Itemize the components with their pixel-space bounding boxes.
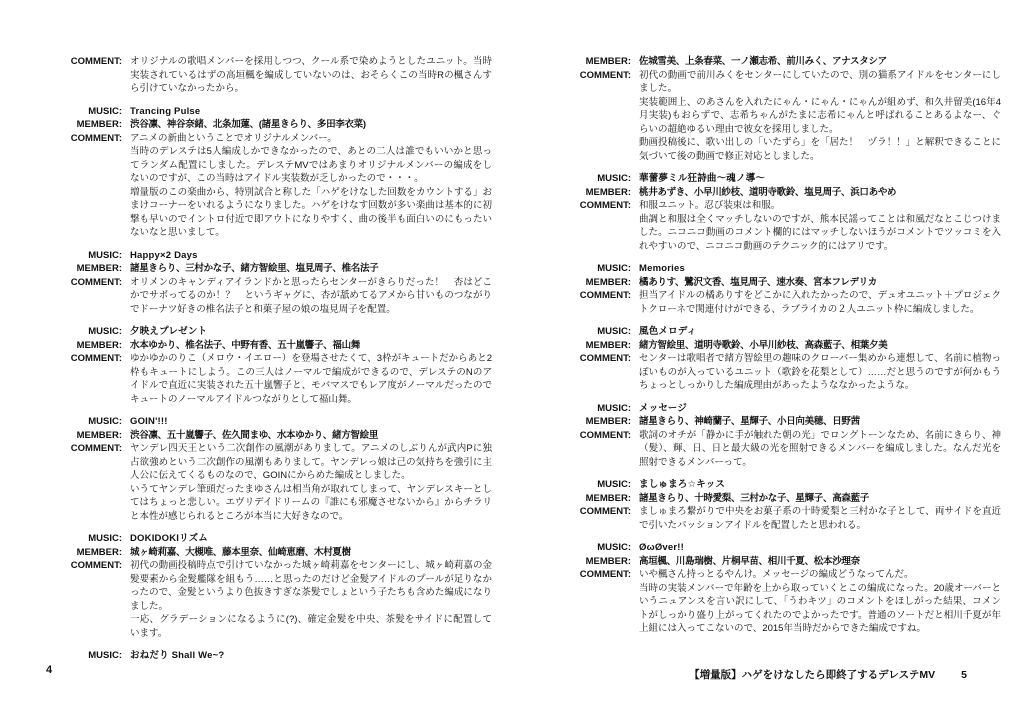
comment-paragraph: 担当アイドルの橘ありすをどこかに入れたかったので、デュオユニット＋プロジェクトク… bbox=[639, 289, 1001, 316]
member-names: 渋谷凛、五十嵐響子、佐久間まゆ、水本ゆかり、緒方智絵里 bbox=[130, 429, 492, 443]
music-section: MUSIC: ましゅまろ☆キッス MEMBER: 諸星きらり、十時愛梨、三村かな… bbox=[553, 478, 1001, 532]
music-label: MUSIC: bbox=[553, 402, 631, 416]
page-number-left: 4 bbox=[46, 664, 52, 676]
music-label: MUSIC: bbox=[553, 325, 631, 339]
comment-label: COMMENT: bbox=[44, 276, 122, 290]
comment-label: COMMENT: bbox=[553, 352, 631, 366]
member-row: MEMBER: 佐城雪美、上条春菜、一ノ瀬志希、前川みく、アナスタシア bbox=[553, 55, 1001, 69]
comment-paragraph: いうてヤンデレ筆頭だったまゆさんは相当角が取れてしまって、ヤンデレスキーとしては… bbox=[130, 483, 492, 524]
music-title: 夕映えプレゼント bbox=[130, 325, 492, 339]
member-row: MEMBER: 諸星きらり、三村かな子、緒方智絵里、塩見周子、椎名法子 bbox=[44, 262, 492, 276]
comment-label: COMMENT: bbox=[44, 559, 122, 573]
music-section: MUSIC: Happy×2 Days MEMBER: 諸星きらり、三村かな子、… bbox=[44, 249, 492, 317]
comment-paragraph: ゆかゆかのりこ（メロウ・イエロー）を登場させたくて、3枠がキュートだからあと2枠… bbox=[130, 352, 492, 406]
comment-paragraph: 歌詞のオチが「静かに手が触れた朝の光」でロングトーンなため、名前にきらり、神（髪… bbox=[639, 429, 1001, 470]
music-section: MUSIC: GOIN'!!! MEMBER: 渋谷凛、五十嵐響子、佐久間まゆ、… bbox=[44, 415, 492, 523]
music-row: MUSIC: Happy×2 Days bbox=[44, 249, 492, 263]
member-row: MEMBER: 諸星きらり、神崎蘭子、星輝子、小日向美穂、日野茜 bbox=[553, 415, 1001, 429]
music-label: MUSIC: bbox=[44, 532, 122, 546]
music-row: MUSIC: 風色メロディ bbox=[553, 325, 1001, 339]
comment-text: 担当アイドルの橘ありすをどこかに入れたかったので、デュオユニット＋プロジェクトク… bbox=[639, 289, 1001, 316]
music-label: MUSIC: bbox=[553, 262, 631, 276]
music-title: 華蕾夢ミル狂詩曲～魂ノ導～ bbox=[639, 172, 1001, 186]
member-names: 水本ゆかり、椎名法子、中野有香、五十嵐響子、福山舞 bbox=[130, 339, 492, 353]
comment-row: COMMENT: いや楓さん持っとるやんけ。メッセージの編成どうなってんだ。 当… bbox=[553, 568, 1001, 636]
comment-paragraph: ヤンデレ四天王という二次創作の風潮がありまして。アニメのしぶりんが武内Pに独占欲… bbox=[130, 442, 492, 483]
comment-row: COMMENT: 担当アイドルの橘ありすをどこかに入れたかったので、デュオユニッ… bbox=[553, 289, 1001, 316]
member-row: MEMBER: 緒方智絵里、道明寺歌鈴、小早川紗枝、高森藍子、相葉夕美 bbox=[553, 339, 1001, 353]
member-names: 橘ありす、鷺沢文香、塩見周子、速水奏、宮本フレデリカ bbox=[639, 276, 1001, 290]
member-label: MEMBER: bbox=[553, 339, 631, 353]
comment-paragraph: いや楓さん持っとるやんけ。メッセージの編成どうなってんだ。 bbox=[639, 568, 1001, 582]
music-row: MUSIC: メッセージ bbox=[553, 402, 1001, 416]
music-section: MUSIC: 華蕾夢ミル狂詩曲～魂ノ導～ MEMBER: 桃井あずき、小早川紗枝… bbox=[553, 172, 1001, 253]
comment-text: 歌詞のオチが「静かに手が触れた朝の光」でロングトーンなため、名前にきらり、神（髪… bbox=[639, 429, 1001, 470]
member-label: MEMBER: bbox=[553, 55, 631, 69]
comment-paragraph: 曲調と和服は全くマッチしないのですが、熊本民謡ってことは和風だなとこじつけました… bbox=[639, 213, 1001, 254]
member-names: 緒方智絵里、道明寺歌鈴、小早川紗枝、高森藍子、相葉夕美 bbox=[639, 339, 1001, 353]
music-section: MUSIC: Memories MEMBER: 橘ありす、鷺沢文香、塩見周子、速… bbox=[553, 262, 1001, 316]
music-row: MUSIC: おねだり Shall We~? bbox=[44, 649, 492, 663]
music-title: ましゅまろ☆キッス bbox=[639, 478, 1001, 492]
music-label: MUSIC: bbox=[44, 249, 122, 263]
music-section: MEMBER: 佐城雪美、上条春菜、一ノ瀬志希、前川みく、アナスタシア COMM… bbox=[553, 55, 1001, 163]
music-row: MUSIC: Memories bbox=[553, 262, 1001, 276]
music-section: MUSIC: 夕映えプレゼント MEMBER: 水本ゆかり、椎名法子、中野有香、… bbox=[44, 325, 492, 406]
music-label: MUSIC: bbox=[44, 415, 122, 429]
music-title: メッセージ bbox=[639, 402, 1001, 416]
comment-label: COMMENT: bbox=[44, 442, 122, 456]
comment-paragraph: オリジナルの歌唱メンバーを採用しつつ、クール系で染めようとしたユニット。当時実装… bbox=[130, 55, 492, 96]
member-label: MEMBER: bbox=[553, 492, 631, 506]
music-title: Trancing Pulse bbox=[130, 105, 492, 119]
member-row: MEMBER: 水本ゆかり、椎名法子、中野有香、五十嵐響子、福山舞 bbox=[44, 339, 492, 353]
comment-text: ゆかゆかのりこ（メロウ・イエロー）を登場させたくて、3枠がキュートだからあと2枠… bbox=[130, 352, 492, 406]
member-names: 高垣楓、川島瑞樹、片桐早苗、相川千夏、松本沙理奈 bbox=[639, 555, 1001, 569]
member-row: MEMBER: 渋谷凛、神谷奈緒、北条加蓮、(諸星きらり、多田李衣菜) bbox=[44, 118, 492, 132]
comment-row: COMMENT: ヤンデレ四天王という二次創作の風潮がありまして。アニメのしぶり… bbox=[44, 442, 492, 523]
comment-label: COMMENT: bbox=[553, 505, 631, 519]
music-section: MUSIC: メッセージ MEMBER: 諸星きらり、神崎蘭子、星輝子、小日向美… bbox=[553, 402, 1001, 470]
music-row: MUSIC: Trancing Pulse bbox=[44, 105, 492, 119]
comment-text: 初代の動画投稿時点で引けていなかった城ヶ崎莉嘉をセンターにし、城ヶ崎莉嘉の金髪要… bbox=[130, 559, 492, 640]
member-row: MEMBER: 桃井あずき、小早川紗枝、道明寺歌鈴、塩見周子、浜口あやめ bbox=[553, 186, 1001, 200]
comment-paragraph: 和服ユニット。忍び装束は和服。 bbox=[639, 199, 1001, 213]
comment-paragraph: センターは歌唱者で緒方智絵里の趣味のクローバー集めから連想して、名前に植物っぽい… bbox=[639, 352, 1001, 393]
comment-text: センターは歌唱者で緒方智絵里の趣味のクローバー集めから連想して、名前に植物っぽい… bbox=[639, 352, 1001, 393]
music-row: MUSIC: GOIN'!!! bbox=[44, 415, 492, 429]
member-label: MEMBER: bbox=[553, 415, 631, 429]
comment-label: COMMENT: bbox=[44, 132, 122, 146]
music-title: Memories bbox=[639, 262, 1001, 276]
member-names: 諸星きらり、神崎蘭子、星輝子、小日向美穂、日野茜 bbox=[639, 415, 1001, 429]
music-section: MUSIC: DOKIDOKIリズム MEMBER: 城ヶ崎莉嘉、大槻唯、藤本里… bbox=[44, 532, 492, 640]
footer-right: 【増量版】ハゲをけなしたら即終了するデレステMV 5 bbox=[553, 667, 967, 682]
music-label: MUSIC: bbox=[553, 541, 631, 555]
comment-paragraph: 初代の動画で前川みくをセンターにしていたので、別の猫系アイドルをセンターにしまし… bbox=[639, 69, 1001, 96]
footer-title: 【増量版】ハゲをけなしたら即終了するデレステMV bbox=[689, 667, 935, 682]
music-row: MUSIC: DOKIDOKIリズム bbox=[44, 532, 492, 546]
comment-row: COMMENT: アニメの新曲ということでオリジナルメンバー。 当時のデレステは… bbox=[44, 132, 492, 240]
music-row: MUSIC: 華蕾夢ミル狂詩曲～魂ノ導～ bbox=[553, 172, 1001, 186]
comment-row: COMMENT: 初代の動画で前川みくをセンターにしていたので、別の猫系アイドル… bbox=[553, 69, 1001, 164]
comment-label: COMMENT: bbox=[44, 55, 122, 69]
page-right: MEMBER: 佐城雪美、上条春菜、一ノ瀬志希、前川みく、アナスタシア COMM… bbox=[553, 55, 1001, 645]
music-label: MUSIC: bbox=[44, 649, 122, 663]
member-label: MEMBER: bbox=[553, 186, 631, 200]
page-left: COMMENT: オリジナルの歌唱メンバーを採用しつつ、クール系で染めようとした… bbox=[44, 55, 492, 672]
book-spread: COMMENT: オリジナルの歌唱メンバーを採用しつつ、クール系で染めようとした… bbox=[0, 0, 1024, 723]
comment-row: COMMENT: 初代の動画投稿時点で引けていなかった城ヶ崎莉嘉をセンターにし、… bbox=[44, 559, 492, 640]
comment-paragraph: 当時のデレステは5人編成しかできなかったので、あとの二人は誰でもいいかと思ってラ… bbox=[130, 145, 492, 186]
comment-text: ヤンデレ四天王という二次創作の風潮がありまして。アニメのしぶりんが武内Pに独占欲… bbox=[130, 442, 492, 523]
comment-label: COMMENT: bbox=[553, 568, 631, 582]
comment-row: COMMENT: 歌詞のオチが「静かに手が触れた朝の光」でロングトーンなため、名… bbox=[553, 429, 1001, 470]
comment-text: アニメの新曲ということでオリジナルメンバー。 当時のデレステは5人編成しかできな… bbox=[130, 132, 492, 240]
comment-text: オリジナルの歌唱メンバーを採用しつつ、クール系で染めようとしたユニット。当時実装… bbox=[130, 55, 492, 96]
member-row: MEMBER: 城ヶ崎莉嘉、大槻唯、藤本里奈、仙崎恵磨、木村夏樹 bbox=[44, 546, 492, 560]
comment-paragraph: 増量版のこの楽曲から、特別試合と称した「ハゲをけなした回数をカウントする」おまけ… bbox=[130, 186, 492, 240]
comment-paragraph: アニメの新曲ということでオリジナルメンバー。 bbox=[130, 132, 492, 146]
comment-label: COMMENT: bbox=[553, 289, 631, 303]
comment-paragraph: 実装範囲上、のあさんを入れたにゃん・にゃん・にゃんが組めず、和久井留美(16年4… bbox=[639, 96, 1001, 137]
music-title: GOIN'!!! bbox=[130, 415, 492, 429]
comment-paragraph: 初代の動画投稿時点で引けていなかった城ヶ崎莉嘉をセンターにし、城ヶ崎莉嘉の金髪要… bbox=[130, 559, 492, 613]
member-names: 諸星きらり、三村かな子、緒方智絵里、塩見周子、椎名法子 bbox=[130, 262, 492, 276]
comment-text: いや楓さん持っとるやんけ。メッセージの編成どうなってんだ。 当時の実装メンバーで… bbox=[639, 568, 1001, 636]
music-section: MUSIC: おねだり Shall We~? bbox=[44, 649, 492, 663]
member-label: MEMBER: bbox=[44, 118, 122, 132]
member-label: MEMBER: bbox=[44, 429, 122, 443]
comment-text: 初代の動画で前川みくをセンターにしていたので、別の猫系アイドルをセンターにしまし… bbox=[639, 69, 1001, 164]
music-title: おねだり Shall We~? bbox=[130, 649, 492, 663]
member-row: MEMBER: 諸星きらり、十時愛梨、三村かな子、星輝子、高森藍子 bbox=[553, 492, 1001, 506]
member-row: MEMBER: 渋谷凛、五十嵐響子、佐久間まゆ、水本ゆかり、緒方智絵里 bbox=[44, 429, 492, 443]
comment-row: COMMENT: オリジナルの歌唱メンバーを採用しつつ、クール系で染めようとした… bbox=[44, 55, 492, 96]
member-row: MEMBER: 橘ありす、鷺沢文香、塩見周子、速水奏、宮本フレデリカ bbox=[553, 276, 1001, 290]
music-row: MUSIC: ØωØver!! bbox=[553, 541, 1001, 555]
music-label: MUSIC: bbox=[44, 105, 122, 119]
member-label: MEMBER: bbox=[44, 262, 122, 276]
member-label: MEMBER: bbox=[44, 546, 122, 560]
comment-text: ましゅまろ繋がりで中央をお菓子系の十時愛梨と三村かな子として、両サイドを直近で引… bbox=[639, 505, 1001, 532]
music-title: 風色メロディ bbox=[639, 325, 1001, 339]
comment-paragraph: 動画投稿後に、歌い出しの「いたずら」を「居た！ ヅラ！！」と解釈できることに気づ… bbox=[639, 136, 1001, 163]
music-label: MUSIC: bbox=[44, 325, 122, 339]
member-row: MEMBER: 高垣楓、川島瑞樹、片桐早苗、相川千夏、松本沙理奈 bbox=[553, 555, 1001, 569]
music-section: MUSIC: ØωØver!! MEMBER: 高垣楓、川島瑞樹、片桐早苗、相川… bbox=[553, 541, 1001, 636]
music-label: MUSIC: bbox=[553, 478, 631, 492]
comment-row: COMMENT: ましゅまろ繋がりで中央をお菓子系の十時愛梨と三村かな子として、… bbox=[553, 505, 1001, 532]
comment-row: COMMENT: センターは歌唱者で緒方智絵里の趣味のクローバー集めから連想して… bbox=[553, 352, 1001, 393]
music-section: MUSIC: 風色メロディ MEMBER: 緒方智絵里、道明寺歌鈴、小早川紗枝、… bbox=[553, 325, 1001, 393]
member-names: 諸星きらり、十時愛梨、三村かな子、星輝子、高森藍子 bbox=[639, 492, 1001, 506]
music-section: MUSIC: Trancing Pulse MEMBER: 渋谷凛、神谷奈緒、北… bbox=[44, 105, 492, 240]
comment-row: COMMENT: 和服ユニット。忍び装束は和服。 曲調と和服は全くマッチしないの… bbox=[553, 199, 1001, 253]
member-names: 渋谷凛、神谷奈緒、北条加蓮、(諸星きらり、多田李衣菜) bbox=[130, 118, 492, 132]
comment-label: COMMENT: bbox=[553, 199, 631, 213]
member-label: MEMBER: bbox=[44, 339, 122, 353]
comment-paragraph: オリメンのキャンディアイランドかと思ったらセンターがきらりだった！ 杏はどこかで… bbox=[130, 276, 492, 317]
comment-paragraph: 当時の実装メンバーで年齢を上から取っていくとこの編成になった。20歳オーバーとい… bbox=[639, 582, 1001, 636]
music-row: MUSIC: 夕映えプレゼント bbox=[44, 325, 492, 339]
comment-text: 和服ユニット。忍び装束は和服。 曲調と和服は全くマッチしないのですが、熊本民謡っ… bbox=[639, 199, 1001, 253]
music-section: COMMENT: オリジナルの歌唱メンバーを採用しつつ、クール系で染めようとした… bbox=[44, 55, 492, 96]
comment-row: COMMENT: ゆかゆかのりこ（メロウ・イエロー）を登場させたくて、3枠がキュ… bbox=[44, 352, 492, 406]
member-names: 佐城雪美、上条春菜、一ノ瀬志希、前川みく、アナスタシア bbox=[639, 55, 1001, 69]
member-names: 城ヶ崎莉嘉、大槻唯、藤本里奈、仙崎恵磨、木村夏樹 bbox=[130, 546, 492, 560]
member-label: MEMBER: bbox=[553, 555, 631, 569]
member-label: MEMBER: bbox=[553, 276, 631, 290]
comment-label: COMMENT: bbox=[553, 69, 631, 83]
comment-row: COMMENT: オリメンのキャンディアイランドかと思ったらセンターがきらりだっ… bbox=[44, 276, 492, 317]
music-label: MUSIC: bbox=[553, 172, 631, 186]
music-title: ØωØver!! bbox=[639, 541, 1001, 555]
page-number-right: 5 bbox=[961, 669, 967, 681]
music-title: DOKIDOKIリズム bbox=[130, 532, 492, 546]
comment-label: COMMENT: bbox=[44, 352, 122, 366]
comment-label: COMMENT: bbox=[553, 429, 631, 443]
comment-text: オリメンのキャンディアイランドかと思ったらセンターがきらりだった！ 杏はどこかで… bbox=[130, 276, 492, 317]
comment-paragraph: 一応、グラデーションになるように(?)、確定金髪を中央、茶髪をサイドに配置してい… bbox=[130, 613, 492, 640]
member-names: 桃井あずき、小早川紗枝、道明寺歌鈴、塩見周子、浜口あやめ bbox=[639, 186, 1001, 200]
music-title: Happy×2 Days bbox=[130, 249, 492, 263]
comment-paragraph: ましゅまろ繋がりで中央をお菓子系の十時愛梨と三村かな子として、両サイドを直近で引… bbox=[639, 505, 1001, 532]
music-row: MUSIC: ましゅまろ☆キッス bbox=[553, 478, 1001, 492]
